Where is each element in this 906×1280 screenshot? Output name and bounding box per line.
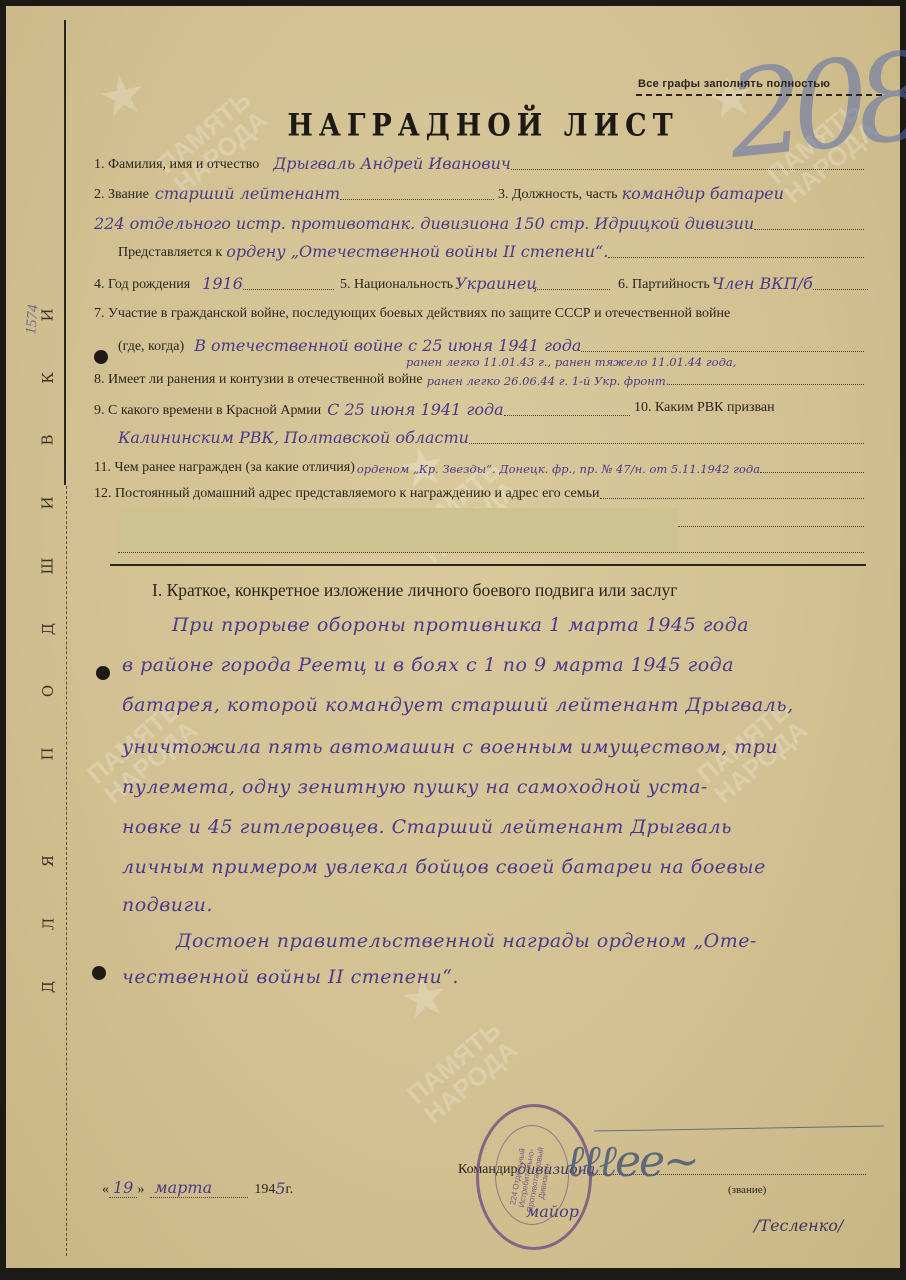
- field-wounds-line1: ранен легко 11.01.43 г., ранен тяжело 11…: [406, 355, 736, 369]
- field-value-army-since: С 25 июня 1941 года: [327, 400, 504, 419]
- field-label: 10. Каким РВК призван: [634, 400, 775, 416]
- narrative-line: подвиги.: [122, 894, 213, 916]
- margin-letter: Ш: [39, 557, 57, 574]
- field-draft-office: 10. Каким РВК призван: [634, 400, 775, 416]
- margin-letter: П: [39, 747, 57, 760]
- address-line: [118, 552, 864, 556]
- handwritten-signature: ℓℓℓee∼: [566, 1136, 698, 1187]
- field-position-continued: 224 отдельного истр. противотанк. дивизи…: [94, 214, 864, 233]
- date-year-suffix: 5: [275, 1179, 285, 1198]
- document-title: НАГРАДНОЙ ЛИСТ: [6, 108, 900, 144]
- field-label: 7. Участие в гражданской войне, последую…: [94, 306, 730, 322]
- field-label: 2. Звание: [94, 187, 149, 203]
- award-sheet-page: 1574 Д Л Я П О Д Ш И В К И ★ ПАМЯТЬНАРОД…: [6, 6, 900, 1268]
- field-value-recommended-award: ордену „Отечественной войны II степени“.: [226, 242, 608, 261]
- field-value-wounds-1: ранен легко 11.01.43 г., ранен тяжело 11…: [406, 355, 736, 369]
- narrative-line: личным примером увлекал бойцов своей бат…: [122, 856, 766, 878]
- field-value-war-participation: В отечественной войне с 25 июня 1941 год…: [194, 336, 581, 355]
- punch-hole: [96, 666, 110, 680]
- field-party: 6. Партийность Член ВКП/б: [618, 274, 868, 293]
- narrative-line: уничтожила пять автомашин с военным имущ…: [122, 736, 778, 758]
- narrative-line: При прорыве обороны противника 1 марта 1…: [172, 614, 749, 636]
- field-wounds: 8. Имеет ли ранения и контузии в отечест…: [94, 372, 864, 388]
- narrative-line: чественной войны II степени“.: [122, 966, 459, 988]
- field-label: 11. Чем ранее награжден (за какие отличи…: [94, 460, 355, 476]
- watermark: ПАМЯТЬНАРОДА: [402, 1016, 522, 1128]
- date-day: 19: [109, 1178, 137, 1198]
- margin-letter: Д: [39, 622, 57, 634]
- form-instruction: Все графы заполнять полностью: [638, 78, 830, 90]
- date-month: марта: [150, 1178, 248, 1198]
- margin-letter: Л: [39, 918, 57, 931]
- margin-letter: И: [39, 497, 57, 510]
- narrative-line: батарея, которой командует старший лейте…: [122, 694, 794, 716]
- field-recommended-award: Представляется к ордену „Отечественной в…: [118, 242, 864, 261]
- field-value-draft-office: Калининским РВК, Полтавской области: [118, 428, 469, 447]
- signer-name: /Тесленко/: [754, 1216, 843, 1235]
- field-label: 5. Национальность: [340, 277, 453, 293]
- signature-stroke: [594, 1125, 884, 1131]
- field-value-birth-year: 1916: [202, 274, 243, 293]
- field-war-participation-value: (где, когда) В отечественной войне с 25 …: [118, 336, 864, 355]
- field-label: 6. Партийность: [618, 277, 710, 293]
- field-label: 12. Постоянный домашний адрес представля…: [94, 486, 600, 502]
- field-value-wounds-2: ранен легко 26.06.44 г. 1-й Укр. фронт.: [427, 374, 670, 388]
- margin-letter: И: [39, 308, 57, 321]
- field-value-rank: старший лейтенант: [155, 184, 340, 203]
- field-label: Представляется к: [118, 245, 222, 261]
- signing-date: « 19 » марта 194 5 г.: [102, 1178, 332, 1198]
- margin-letter: О: [39, 685, 57, 697]
- field-draft-office-value: Калининским РВК, Полтавской области: [118, 428, 864, 447]
- field-army-since: 9. С какого времени в Красной Армии С 25…: [94, 400, 630, 419]
- address-line: [678, 526, 864, 530]
- field-value-previous-awards: орденом „Кр. Звезды“. Донецк. фр., пр. №…: [357, 462, 760, 476]
- field-value-full-name: Дрыгваль Андрей Иванович: [273, 154, 511, 173]
- field-value-party: Член ВКП/б: [712, 274, 813, 293]
- section-divider: [110, 564, 866, 566]
- narrative-line: в районе города Реетц и в боях с 1 по 9 …: [122, 654, 734, 676]
- field-label: 9. С какого времени в Красной Армии: [94, 403, 321, 419]
- field-nationality: 5. Национальность Украинец: [340, 274, 610, 293]
- field-value-position: командир батареи: [622, 184, 784, 203]
- field-value-nationality: Украинец: [455, 274, 537, 293]
- narrative-line: новке и 45 гитлеровцев. Старший лейтенан…: [122, 816, 732, 838]
- redacted-address-block: [118, 508, 678, 553]
- field-birth-year: 4. Год рождения 1916: [94, 274, 334, 293]
- field-previous-awards: 11. Чем ранее награжден (за какие отличи…: [94, 460, 864, 476]
- field-home-address: 12. Постоянный домашний адрес представля…: [94, 486, 864, 502]
- punch-hole: [92, 966, 106, 980]
- field-value-unit: 224 отдельного истр. противотанк. дивизи…: [94, 214, 754, 233]
- narrative-line: пулемета, одну зенитную пушку на самоход…: [122, 776, 708, 798]
- field-label: 1. Фамилия, имя и отчество: [94, 157, 259, 173]
- form-instruction-underline: [636, 94, 882, 96]
- field-rank: 2. Звание старший лейтенант: [94, 184, 494, 203]
- margin-letter: Д: [39, 981, 57, 993]
- rank-caption: (звание): [728, 1184, 766, 1196]
- punch-hole: [94, 350, 108, 364]
- field-label: (где, когда): [118, 339, 184, 355]
- field-label: 8. Имеет ли ранения и контузии в отечест…: [94, 372, 423, 388]
- margin-vertical-text-for-binding: Д Л Я П О Д Ш И В К И: [28, 306, 68, 996]
- margin-letter: Я: [39, 855, 57, 867]
- field-position: 3. Должность, часть командир батареи: [498, 184, 868, 203]
- date-year-prefix: 194: [254, 1182, 275, 1198]
- field-war-participation: 7. Участие в гражданской войне, последую…: [94, 306, 874, 322]
- narrative-line: Достоен правительственной награды ордено…: [176, 930, 757, 952]
- field-label: 4. Год рождения: [94, 277, 190, 293]
- field-label: 3. Должность, часть: [498, 187, 618, 203]
- field-full-name: 1. Фамилия, имя и отчество Дрыгваль Андр…: [94, 154, 864, 173]
- margin-letter: В: [39, 435, 57, 446]
- section-heading-feat-description: I. Краткое, конкретное изложение личного…: [152, 580, 677, 601]
- margin-letter: К: [39, 372, 57, 384]
